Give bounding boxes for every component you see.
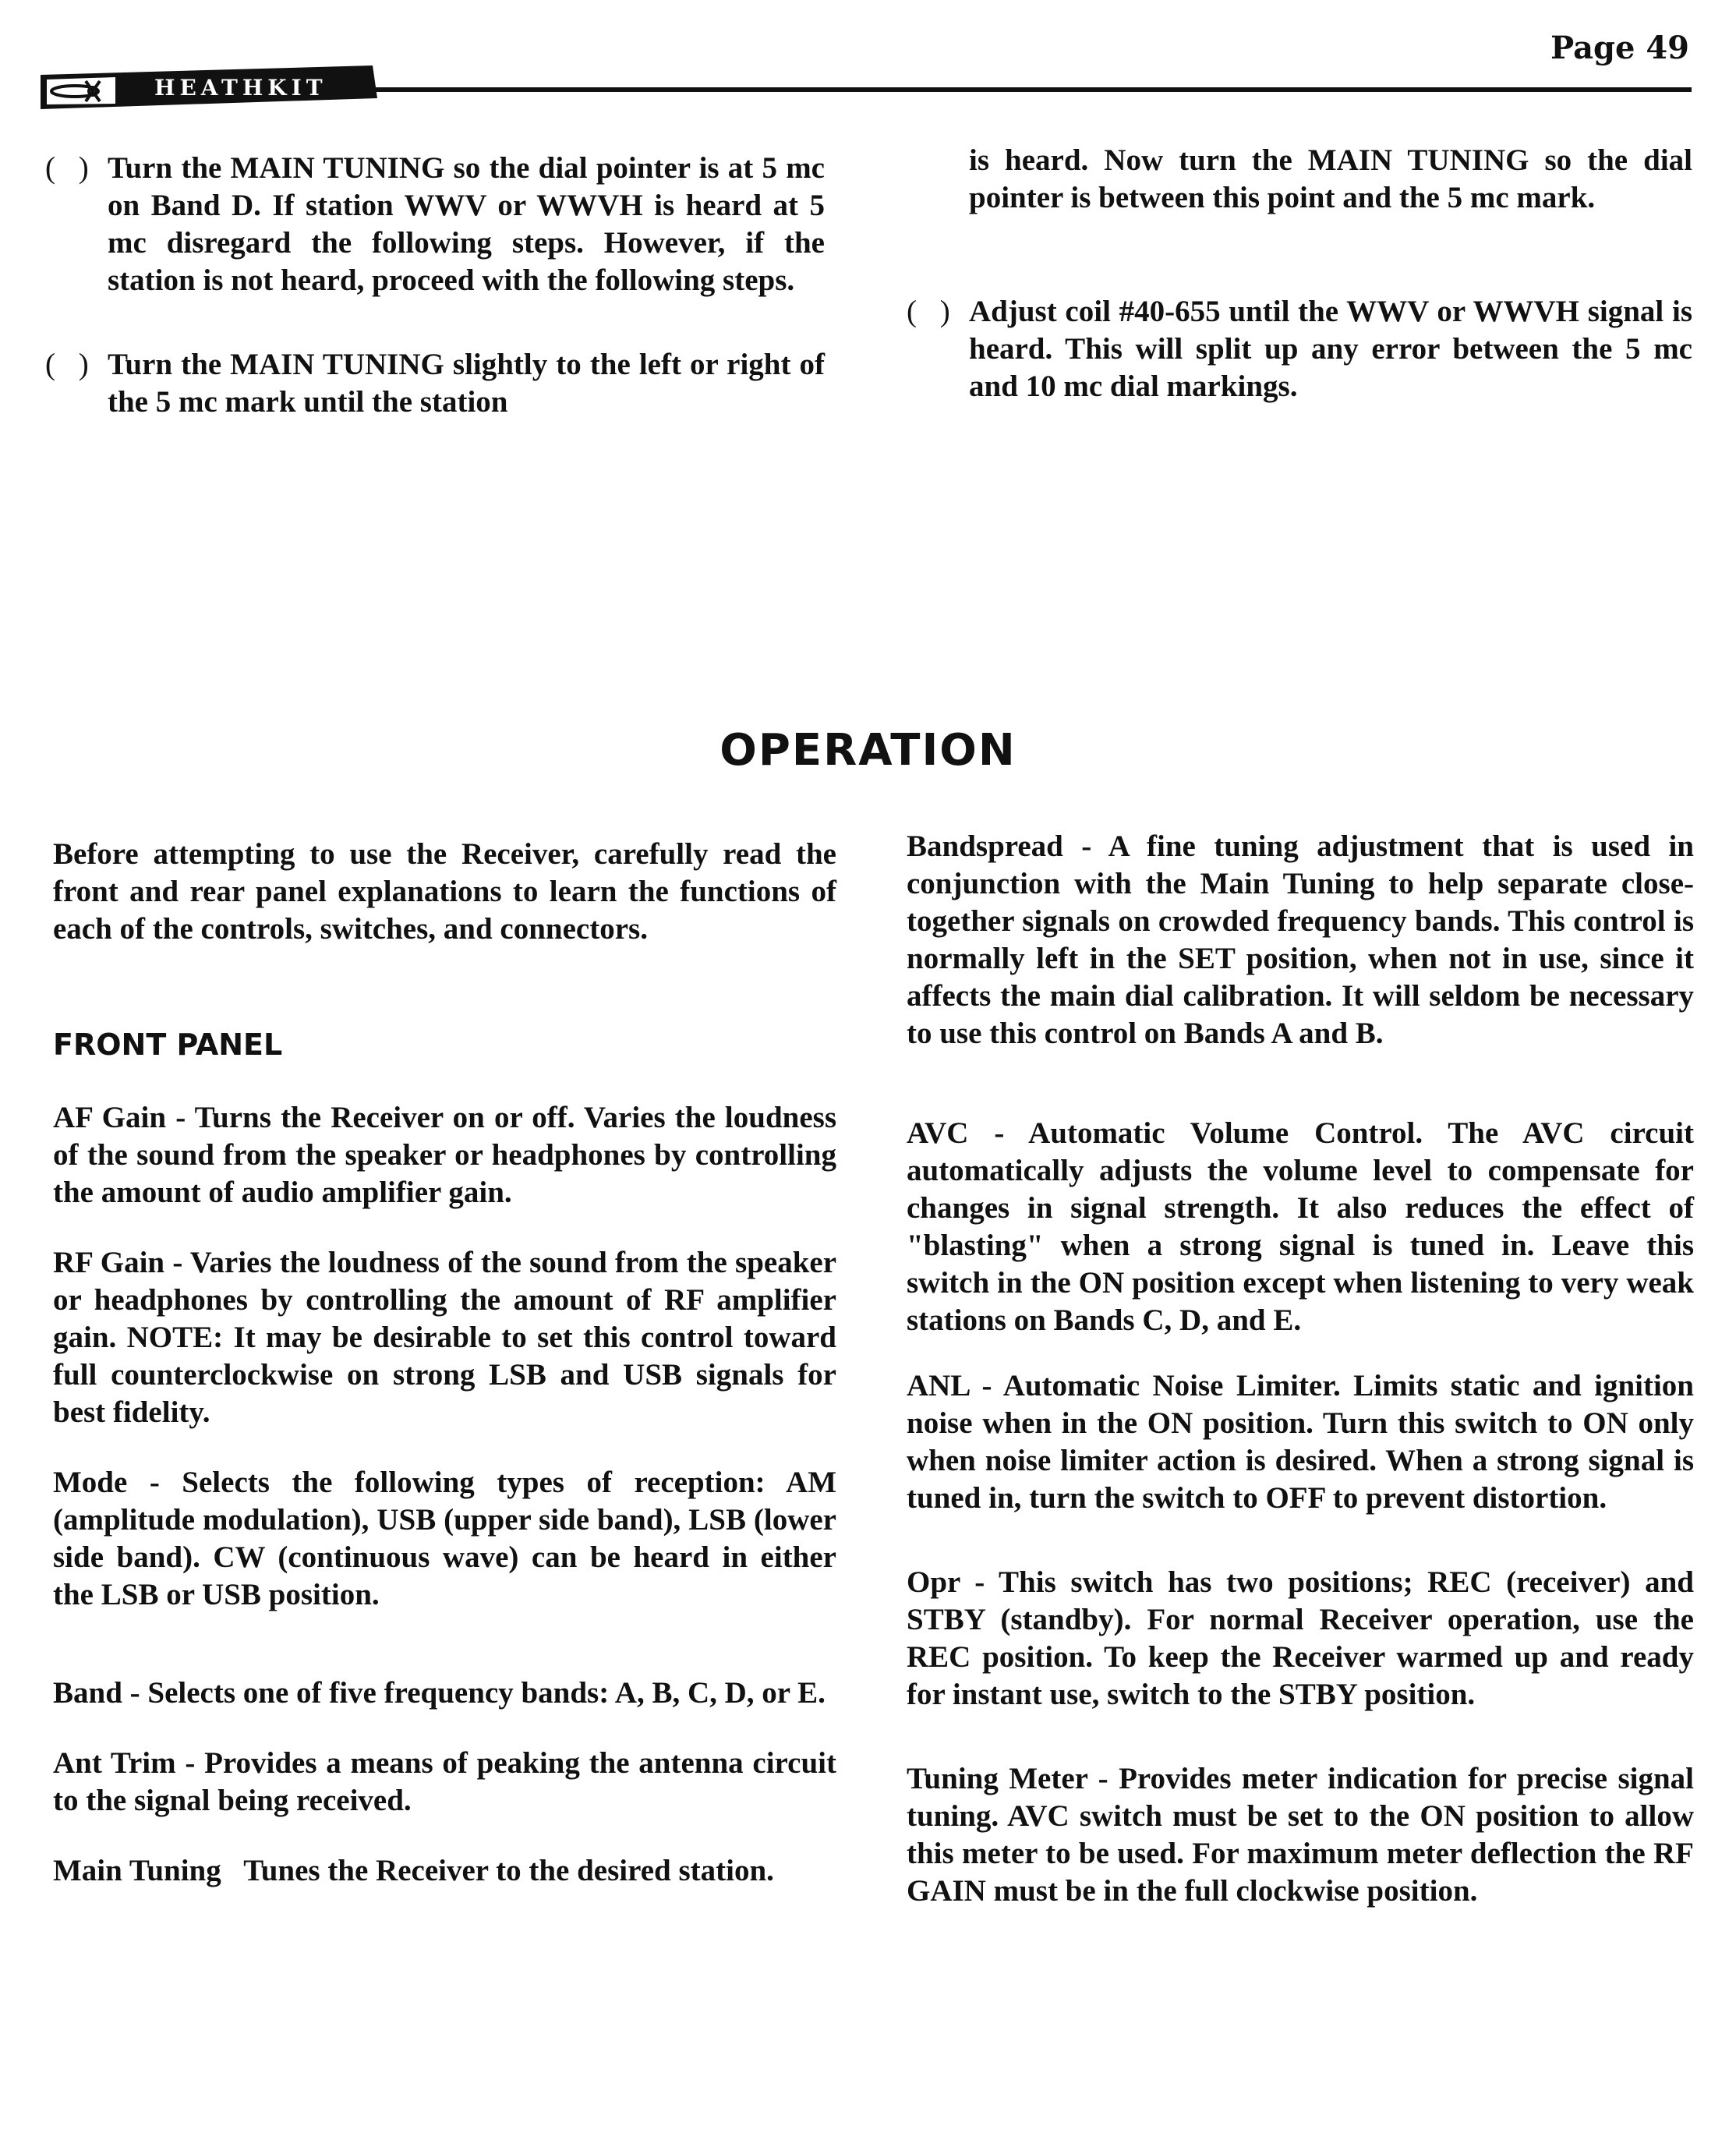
top-left-column: ( ) Turn the MAIN TUNING so the dial poi…	[45, 150, 825, 451]
step-checkbox[interactable]: ( )	[45, 346, 97, 384]
step-checkbox[interactable]: ( )	[907, 293, 958, 331]
control-description-ant-trim: Ant Trim - Provides a means of peaking t…	[53, 1745, 836, 1820]
step-checkbox[interactable]: ( )	[45, 150, 97, 187]
control-description-avc: AVC - Automatic Volume Control. The AVC …	[907, 1115, 1694, 1339]
step-continuation: is heard. Now turn the MAIN TUNING so th…	[907, 142, 1692, 217]
step-text: Turn the MAIN TUNING so the dial pointer…	[108, 151, 825, 297]
header-rule	[374, 87, 1692, 92]
control-description-band: Band - Selects one of five frequency ban…	[53, 1675, 836, 1712]
heathkit-logo: HEATHKIT	[37, 64, 380, 111]
top-right-column: is heard. Now turn the MAIN TUNING so th…	[907, 142, 1692, 435]
control-description-mode: Mode - Selects the following types of re…	[53, 1464, 836, 1614]
front-panel-heading: FRONT PANEL	[53, 1026, 836, 1063]
checklist-step: ( ) Adjust coil #40-655 until the WWV or…	[907, 293, 1692, 405]
continuation-text: is heard. Now turn the MAIN TUNING so th…	[969, 143, 1692, 214]
step-text: Turn the MAIN TUNING slightly to the lef…	[108, 348, 825, 419]
operation-right-column: Bandspread - A fine tuning adjustment th…	[907, 828, 1694, 1910]
control-description-main-tuning: Main Tuning Tunes the Receiver to the de…	[53, 1852, 836, 1890]
control-description-af-gain: AF Gain - Turns the Receiver on or off. …	[53, 1099, 836, 1211]
checklist-step: ( ) Turn the MAIN TUNING so the dial poi…	[45, 150, 825, 299]
control-description-rf-gain: RF Gain - Varies the loudness of the sou…	[53, 1244, 836, 1431]
page-number: Page 49	[1550, 30, 1689, 66]
intro-paragraph: Before attempting to use the Receiver, c…	[53, 836, 836, 948]
control-description-tuning-meter: Tuning Meter - Provides meter indication…	[907, 1760, 1694, 1910]
checklist-step: ( ) Turn the MAIN TUNING slightly to the…	[45, 346, 825, 421]
operation-left-column: Before attempting to use the Receiver, c…	[53, 836, 836, 1890]
logo-text: HEATHKIT	[154, 75, 327, 101]
section-title: OPERATION	[0, 725, 1736, 776]
control-description-bandspread: Bandspread - A fine tuning adjustment th…	[907, 828, 1694, 1052]
step-text: Adjust coil #40-655 until the WWV or WWV…	[969, 295, 1692, 403]
control-description-opr: Opr - This switch has two positions; REC…	[907, 1564, 1694, 1714]
control-description-anl: ANL - Automatic Noise Limiter. Limits st…	[907, 1367, 1694, 1517]
